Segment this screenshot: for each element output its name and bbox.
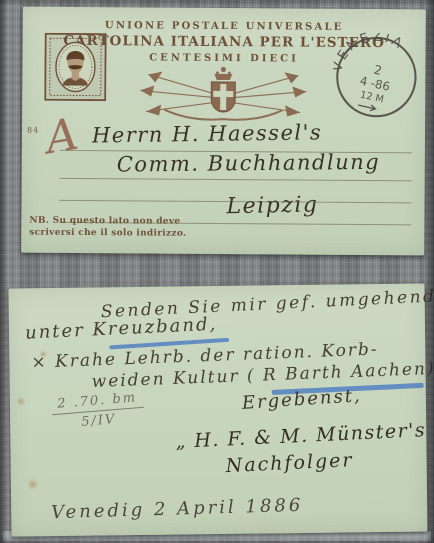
stain-spot [16, 396, 26, 406]
signature-line-2: Nachfolger [225, 449, 354, 477]
postcard-back: Senden Sie mir gef. umgehend unter Kreuz… [9, 283, 428, 536]
address-line-1: Herrn H. Haessel's [92, 120, 323, 147]
address-line-2: Comm. Buchhandlung [117, 150, 381, 177]
dateline: Venedig 2 April 1886 [51, 495, 304, 523]
notice-line-2: scriversi che il solo indirizzo. [29, 227, 186, 238]
printed-notice: NB. Su questo lato non deve scriversi ch… [29, 216, 199, 240]
address-rule-2 [60, 178, 412, 181]
stamp-portrait-icon [44, 33, 106, 101]
postcard-photo: UNIONE POSTALE UNIVERSALE CARTOLINA ITAL… [0, 0, 434, 543]
postcard-front: UNIONE POSTALE UNIVERSALE CARTOLINA ITAL… [21, 7, 426, 256]
coat-of-arms-icon [134, 64, 312, 123]
message-line-2: unter Kreuzband, [25, 314, 218, 344]
notice-line-1: NB. Su questo lato non deve [29, 216, 180, 227]
closing: Ergebenst, [241, 385, 362, 414]
signature-line-1: „ H. F. & M. Münster's [175, 419, 427, 453]
address-flourish: A [42, 108, 83, 164]
stain-spot [39, 350, 47, 358]
pencil-note: 2 .70. bm 5/IV [51, 390, 146, 432]
control-number: 84 [27, 126, 39, 135]
address-line-3: Leipzig [226, 192, 318, 219]
stain-spot [27, 478, 39, 490]
postmark: VENEZIA 2 4 -86 12 M [328, 28, 425, 125]
imprinted-stamp [44, 33, 106, 101]
postmark-icon: VENEZIA 2 4 -86 12 M [328, 28, 425, 125]
